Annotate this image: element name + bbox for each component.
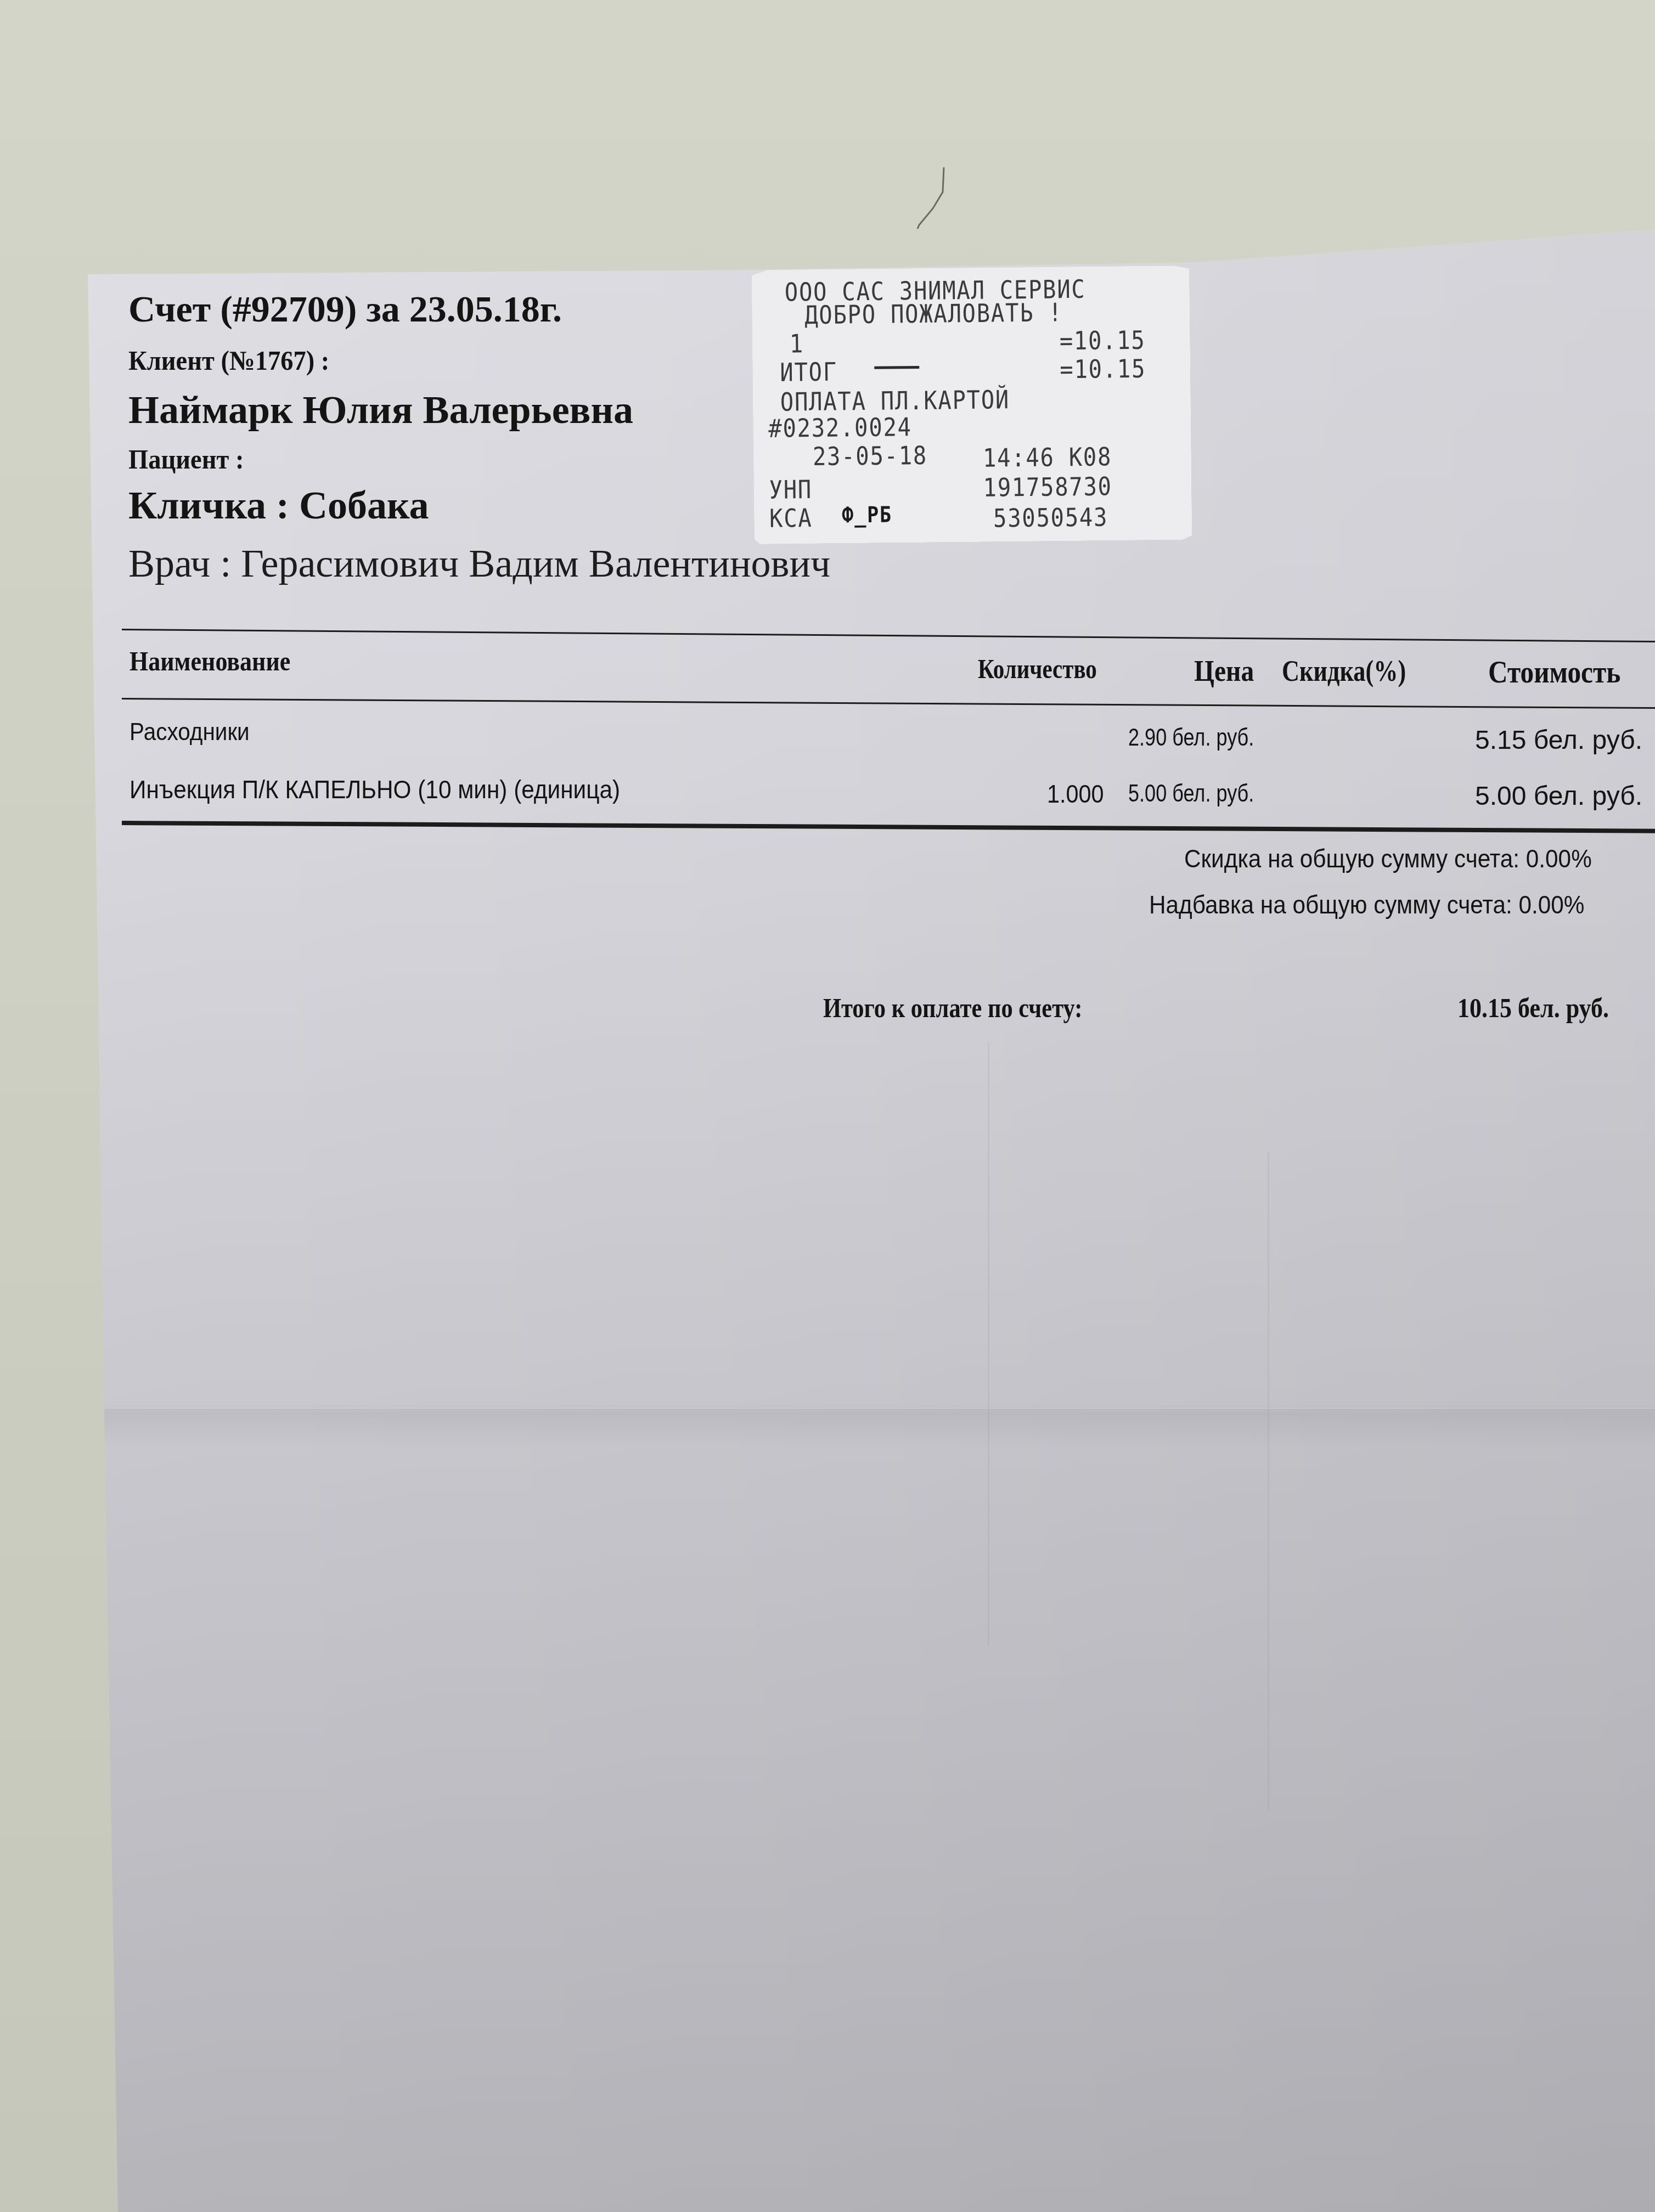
- row-name: Расходники: [130, 719, 250, 746]
- row-name: Инъекция П/К КАПЕЛЬНО (10 мин) (единица): [130, 775, 620, 804]
- column-header-price: Цена: [1194, 654, 1254, 688]
- receipt-unp-label: УНП: [769, 475, 812, 505]
- column-header-cost: Стоимость: [1488, 655, 1620, 690]
- receipt-total-label: ИТОГ: [780, 357, 837, 387]
- row-cost: 5.00 бел. руб.: [1475, 781, 1642, 811]
- receipt-date: 23-05-18: [813, 441, 928, 471]
- doctor-line: Врач : Герасимович Вадим Валентинович: [128, 541, 830, 586]
- header-bottom-rule: [122, 698, 1655, 709]
- receipt-time-code: 14:46 К08: [983, 442, 1112, 472]
- row-price: 5.00 бел. руб.: [1128, 780, 1254, 808]
- total-value: 10.15 бел. руб.: [1457, 992, 1609, 1024]
- client-label: Клиент (№1767) :: [128, 345, 329, 376]
- patient-label: Пациент :: [128, 443, 244, 475]
- table-top-rule: [122, 629, 1655, 642]
- cash-register-receipt: ООО САС ЗНИМАЛ СЕРВИС ДОБРО ПОЖАЛОВАТЬ !…: [751, 266, 1192, 544]
- row-price: 2.90 бел. руб.: [1128, 724, 1254, 752]
- paper-crease: [1268, 1152, 1269, 1810]
- table-bottom-rule: [122, 821, 1655, 833]
- paper-crease: [988, 1042, 989, 1646]
- overall-discount-line: Скидка на общую сумму счета: 0.00%: [1184, 844, 1592, 873]
- surface-crack-mark: [911, 167, 949, 230]
- receipt-ksa-value: 53050543: [993, 502, 1108, 533]
- column-header-quantity: Количество: [978, 653, 1097, 685]
- row-quantity: 1.000: [1047, 779, 1104, 809]
- fiscal-mark-icon: Ф_РБ: [842, 503, 892, 528]
- invoice-title: Счет (#92709) за 23.05.18г.: [128, 287, 562, 331]
- receipt-dash: [874, 366, 919, 369]
- receipt-item-amount: =10.15: [1060, 325, 1146, 356]
- receipt-total-amount: =10.15: [1060, 354, 1146, 385]
- client-name: Наймарк Юлия Валерьевна: [128, 387, 633, 433]
- pet-name-line: Кличка : Собака: [128, 483, 429, 528]
- receipt-unp-value: 191758730: [983, 471, 1112, 502]
- receipt-ksa-label: КСА: [769, 503, 813, 533]
- column-header-name: Наименование: [130, 645, 290, 677]
- paper-fold-line: [104, 1408, 1655, 1410]
- receipt-doc-number: #0232.0024: [768, 412, 912, 443]
- total-label: Итого к оплате по счету:: [823, 992, 1082, 1024]
- receipt-welcome: ДОБРО ПОЖАЛОВАТЬ !: [804, 297, 1063, 330]
- row-cost: 5.15 бел. руб.: [1475, 725, 1642, 755]
- column-header-discount: Скидка(%): [1282, 654, 1406, 688]
- receipt-item-qty: 1: [790, 329, 804, 358]
- overall-surcharge-line: Надбавка на общую сумму счета: 0.00%: [1149, 890, 1584, 919]
